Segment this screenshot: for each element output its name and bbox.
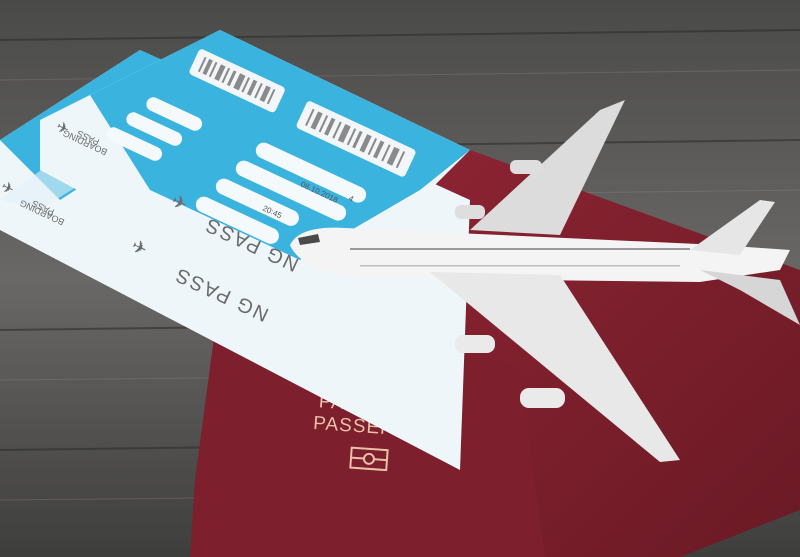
photo-scene: PASSEPORT PASSPORT PASSEPORT — [0, 0, 800, 557]
photo-illustration: PASSEPORT PASSPORT PASSEPORT — [0, 0, 800, 557]
